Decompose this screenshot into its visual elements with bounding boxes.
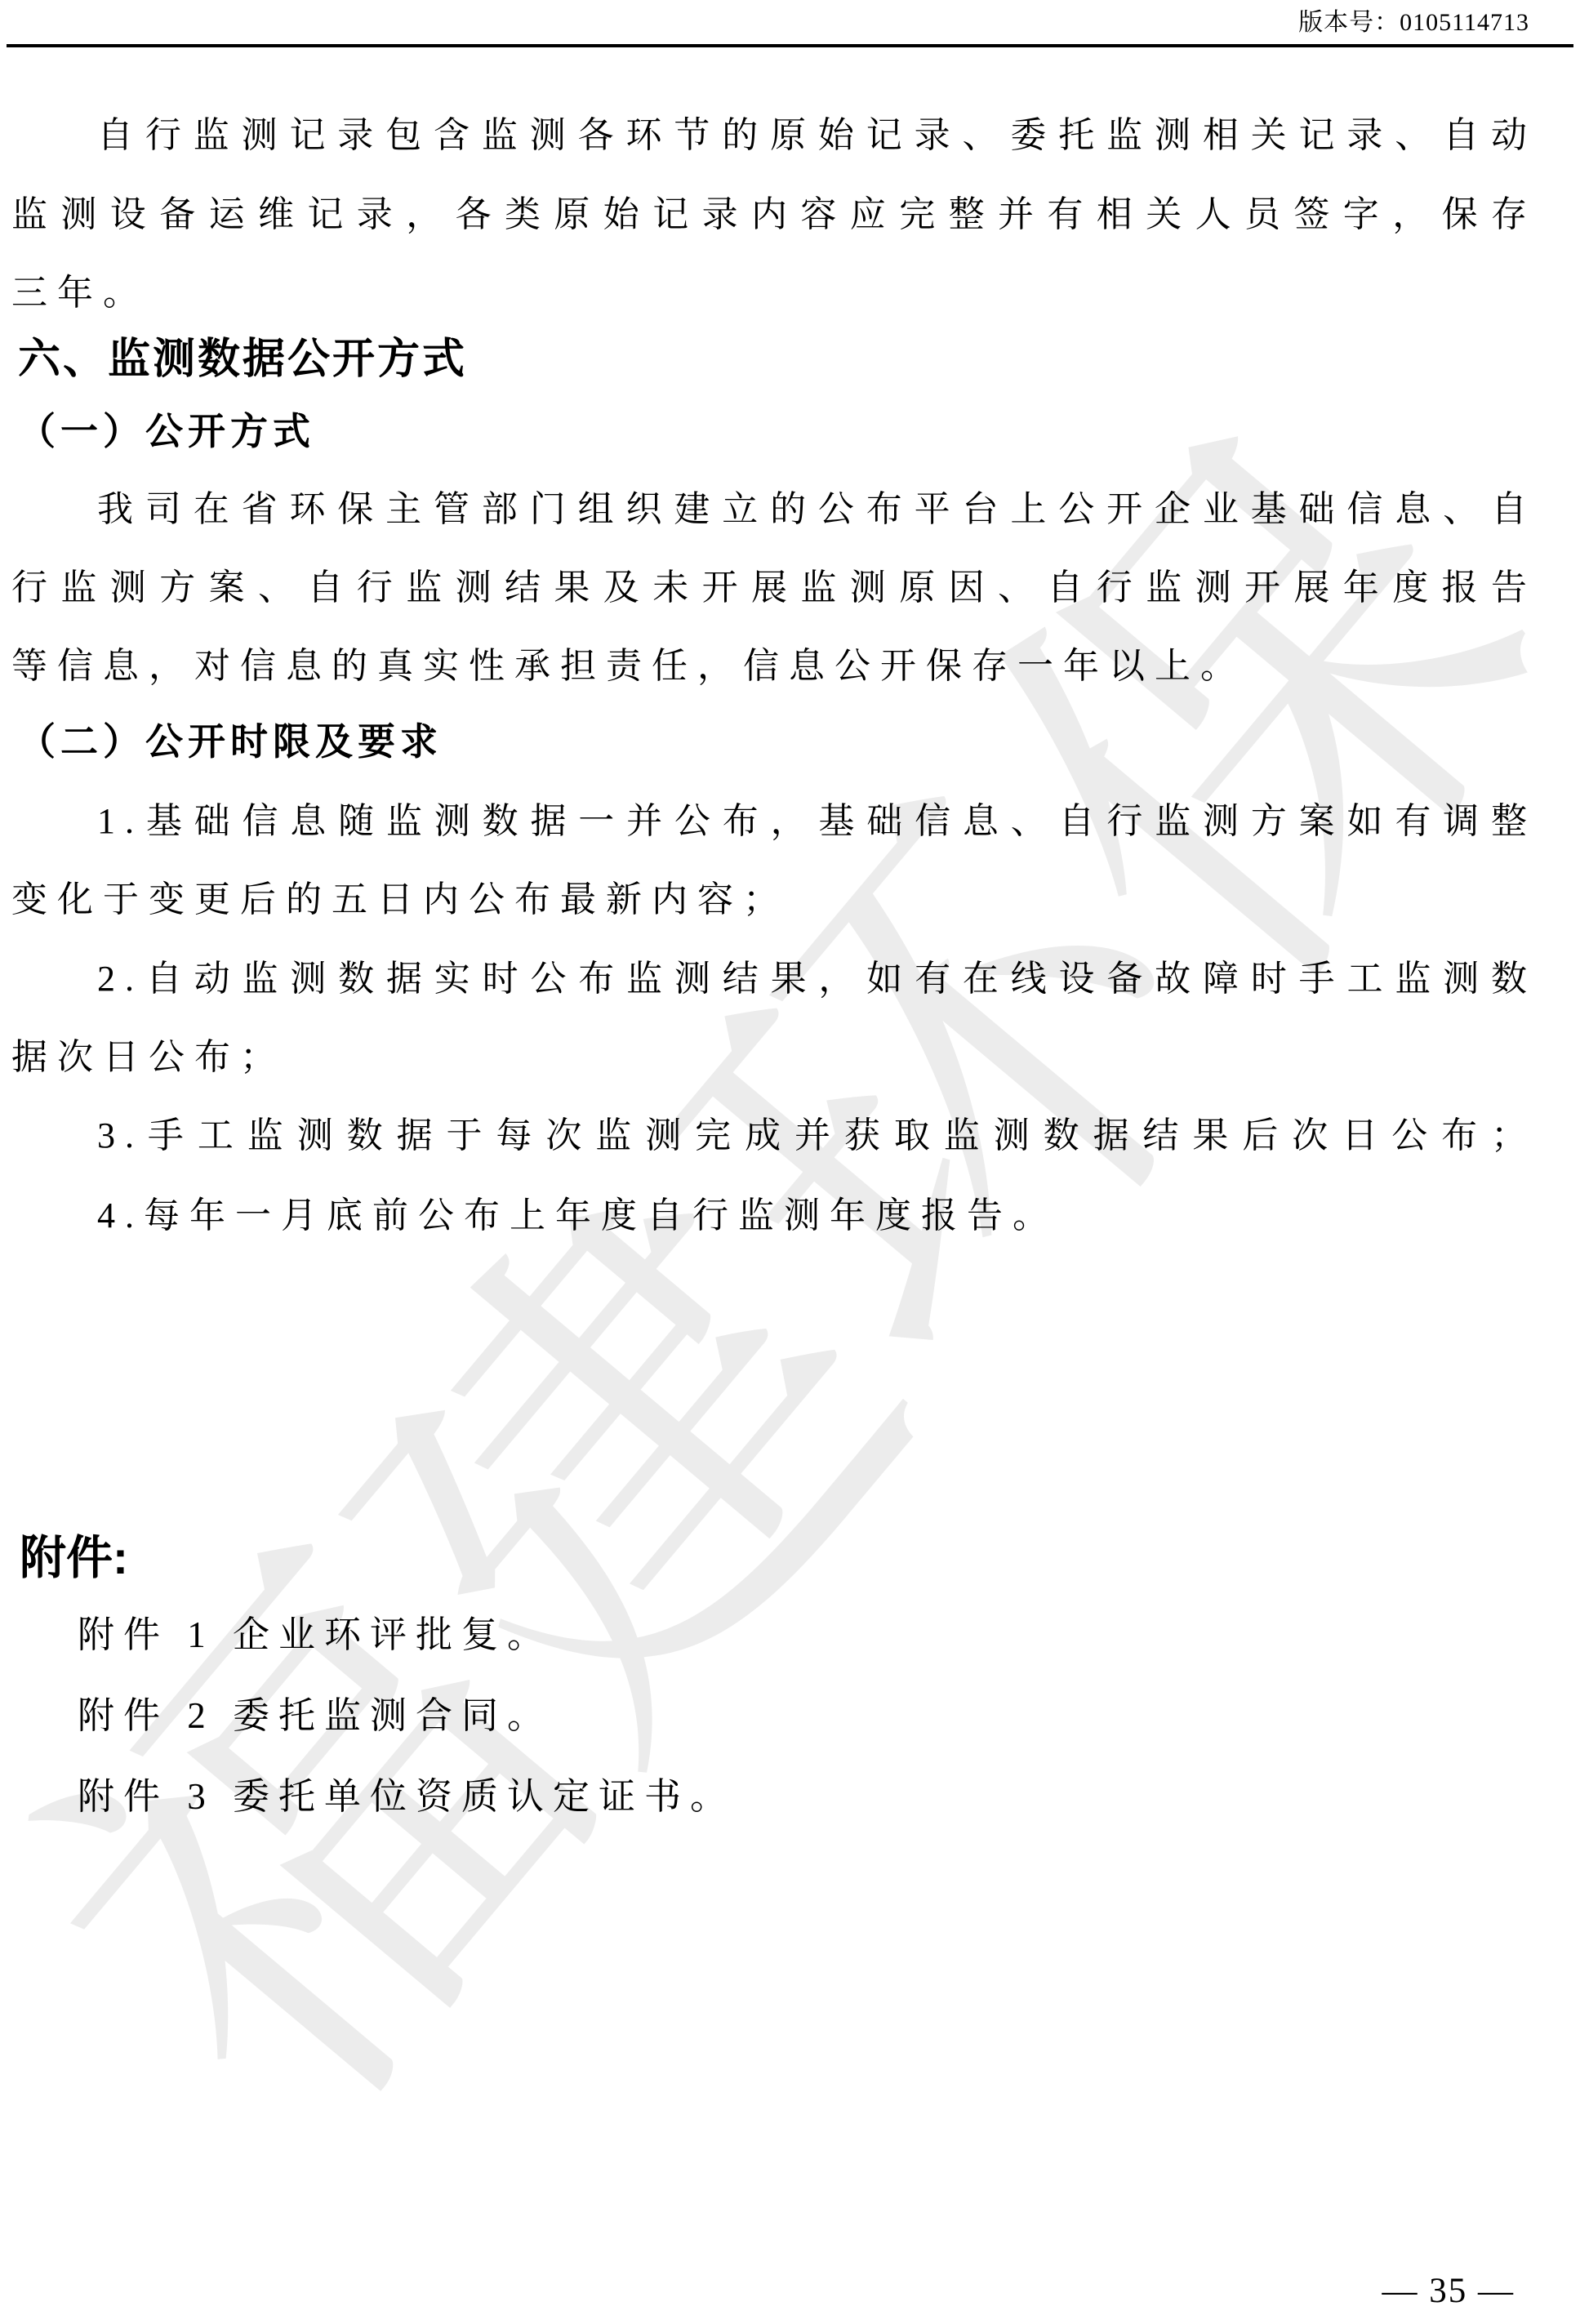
header-rule (7, 44, 1573, 47)
content-layer: 版本号：0105114713 自行监测记录包含监测各环节的原始记录、委托监测相关… (0, 0, 1580, 2324)
list-item2-line2: 据次日公布； (11, 1034, 1537, 1081)
attachment-item-2: 附件 2 委托监测合同。 (78, 1691, 553, 1740)
paragraph2-line1: 我司在省环保主管部门组织建立的公布平台上公开企业基础信息、自 (11, 486, 1537, 533)
subsection-heading-1: （一）公开方式 (18, 408, 315, 454)
list-item1-line2: 变化于变更后的五日内公布最新内容； (11, 876, 1537, 924)
page-number: — 35 — (1382, 2270, 1515, 2313)
paragraph1-line3: 三年。 (11, 269, 1537, 317)
document-page: 福建环保 版本号：0105114713 自行监测记录包含监测各环节的原始记录、委… (0, 0, 1580, 2324)
list-item3: 3.手工监测数据于每次监测完成并获取监测数据结果后次日公布； (11, 1112, 1537, 1160)
paragraph1-line1: 自行监测记录包含监测各环节的原始记录、委托监测相关记录、自动 (11, 112, 1537, 159)
version-number: 版本号：0105114713 (1298, 7, 1529, 39)
list-item2-line1: 2.自动监测数据实时公布监测结果，如有在线设备故障时手工监测数 (11, 955, 1537, 1003)
paragraph1-line2: 监测设备运维记录，各类原始记录内容应完整并有相关人员签字，保存 (11, 191, 1537, 238)
section-heading: 六、监测数据公开方式 (18, 335, 467, 384)
list-item4: 4.每年一月底前公布上年度自行监测年度报告。 (11, 1192, 1537, 1240)
paragraph2-line2: 行监测方案、自行监测结果及未开展监测原因、自行监测开展年度报告 (11, 564, 1537, 612)
subsection-heading-2: （二）公开时限及要求 (18, 719, 443, 764)
attachment-item-1: 附件 1 企业环评批复。 (78, 1610, 553, 1659)
attachments-title: 附件: (20, 1529, 128, 1587)
list-item1-line1: 1.基础信息随监测数据一并公布，基础信息、自行监测方案如有调整 (11, 798, 1537, 845)
paragraph2-line3: 等信息，对信息的真实性承担责任，信息公开保存一年以上。 (11, 643, 1537, 690)
attachment-item-3: 附件 3 委托单位资质认定证书。 (78, 1772, 736, 1821)
